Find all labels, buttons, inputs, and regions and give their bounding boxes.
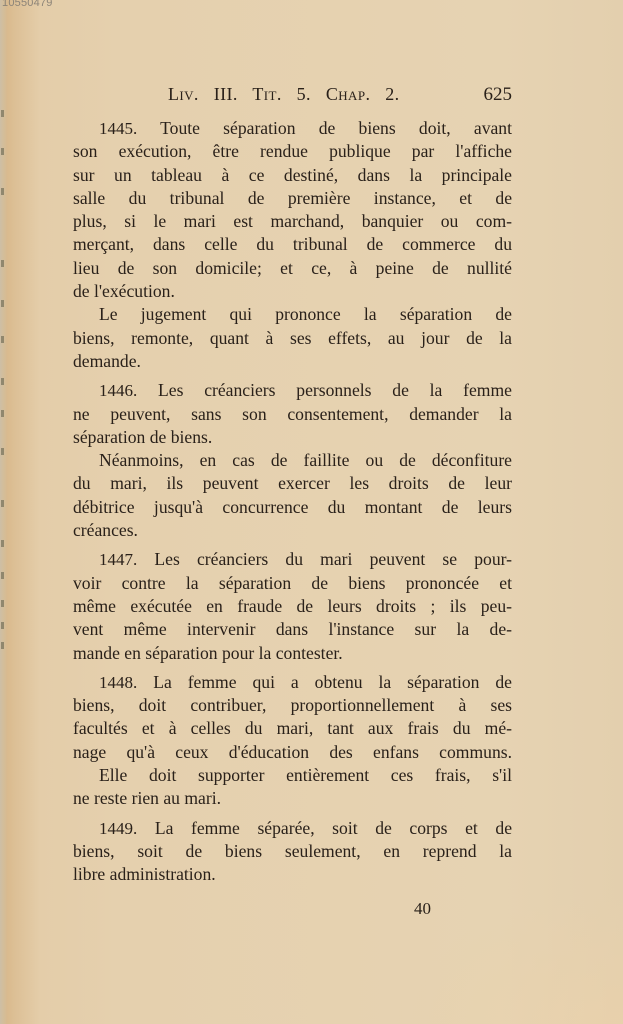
body-text: 1445. Toute séparation de biens doit, av…: [73, 117, 512, 887]
article-paragraph: 1445. Toute séparation de biens doit, av…: [73, 117, 512, 140]
article-paragraph-continued: biens, soit de biens seulement, en repre…: [73, 840, 512, 887]
article-paragraph-continued: ne peuvent, sans son consentement, deman…: [73, 403, 512, 450]
article-1447: 1447. Les créanciers du mari peuvent se …: [73, 548, 512, 664]
article-number: 1446.: [99, 381, 137, 400]
article-paragraph: 1449. La femme séparée, soit de corps et…: [73, 817, 512, 840]
article-1445: 1445. Toute séparation de biens doit, av…: [73, 117, 512, 373]
article-paragraph: 1448. La femme qui a obtenu la séparatio…: [73, 671, 512, 694]
article-paragraph: Le jugement qui prononce la séparation d…: [73, 303, 512, 326]
article-paragraph-continued: du mari, ils peuvent exercer les droits …: [73, 472, 512, 542]
article-paragraph-continued: voir contre la séparation de biens prono…: [73, 572, 512, 665]
article-paragraph-continued: ne reste rien au mari.: [73, 787, 512, 810]
article-number: 1448.: [99, 673, 137, 692]
article-1448: 1448. La femme qui a obtenu la séparatio…: [73, 671, 512, 811]
article-paragraph-continued: biens, doit contribuer, proportionnellem…: [73, 694, 512, 764]
article-number: 1449.: [99, 819, 137, 838]
article-1446: 1446. Les créanciers personnels de la fe…: [73, 379, 512, 542]
article-paragraph: 1446. Les créanciers personnels de la fe…: [73, 379, 512, 402]
scan-identifier: 10550479: [2, 0, 53, 9]
article-paragraph-continued: son exécution, être rendue publique par …: [73, 140, 512, 303]
running-title: Liv. III. Tit. 5. Chap. 2.: [168, 84, 400, 105]
bleed-through-marks: [1, 110, 7, 650]
printer-signature-mark: 40: [414, 899, 431, 919]
page-number: 625: [484, 84, 513, 106]
article-paragraph: Elle doit supporter entièrement ces frai…: [73, 764, 512, 787]
article-number: 1445.: [99, 119, 137, 138]
article-paragraph: Néanmoins, en cas de faillite ou de déco…: [73, 449, 512, 472]
running-header: Liv. III. Tit. 5. Chap. 2. 625: [160, 84, 512, 108]
article-paragraph-continued: biens, remonte, quant à ses effets, au j…: [73, 327, 512, 374]
article-number: 1447.: [99, 550, 137, 569]
article-1449: 1449. La femme séparée, soit de corps et…: [73, 817, 512, 887]
article-paragraph: 1447. Les créanciers du mari peuvent se …: [73, 548, 512, 571]
